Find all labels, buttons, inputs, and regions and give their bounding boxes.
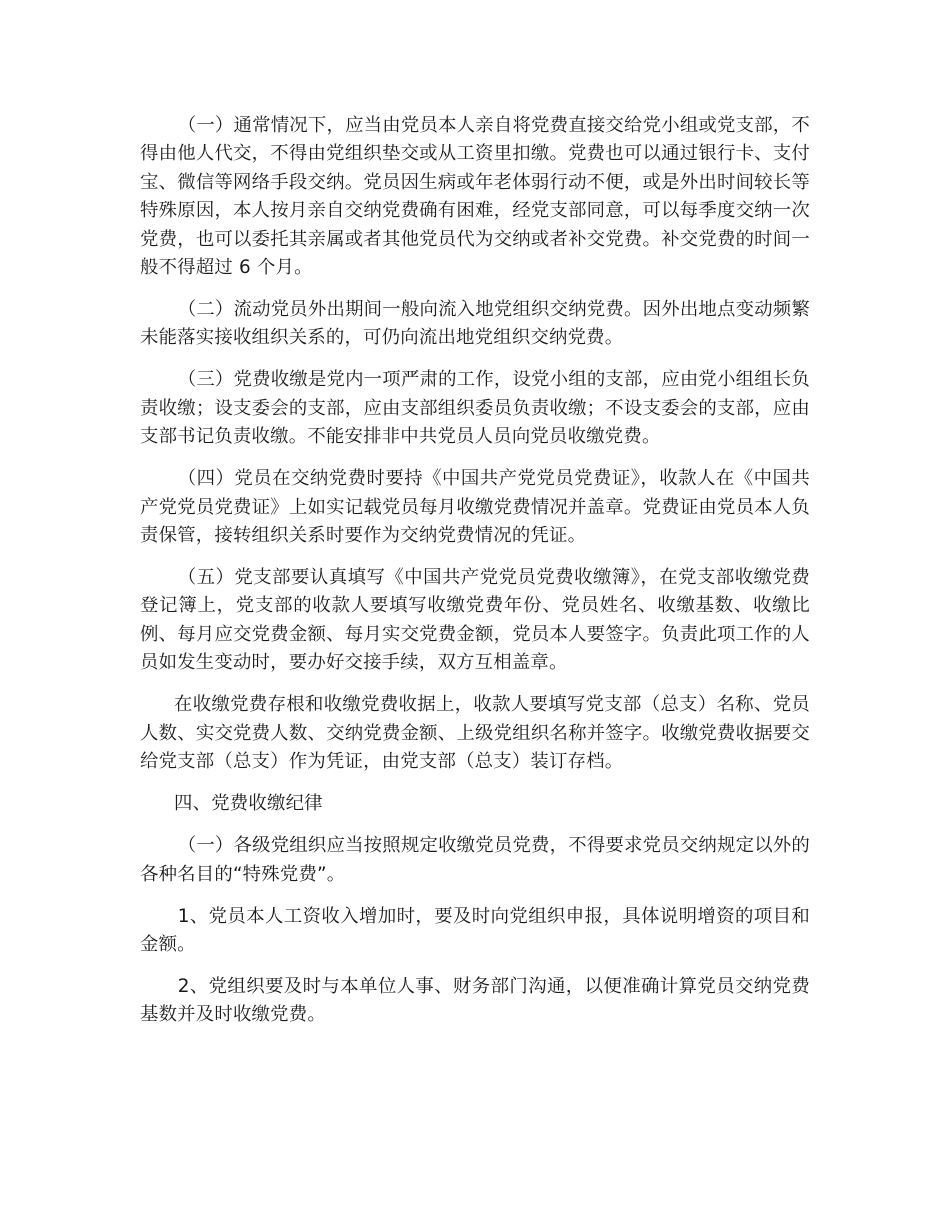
paragraph-mobile-members: （二）流动党员外出期间一般向流入地党组织交纳党费。因外出地点变动频繁未能落实接收… (140, 296, 810, 353)
paragraph-salary-increase-report: 1、党员本人工资收入增加时，要及时向党组织申报，具体说明增资的项目和金额。 (140, 903, 810, 960)
paragraph-payment-normal: （一）通常情况下，应当由党员本人亲自将党费直接交给党小组或党支部，不得由他人代交… (140, 112, 810, 282)
paragraph-department-communication: 2、党组织要及时与本单位人事、财务部门沟通，以便准确计算党员交纳党费基数并及时收… (140, 973, 810, 1030)
paragraph-collection-register: （五）党支部要认真填写《中国共产党党员党费收缴簿》，在党支部收缴党费登记簿上，党… (140, 564, 810, 678)
paragraph-collection-responsibility: （三）党费收缴是党内一项严肃的工作，设党小组的支部，应由党小组组长负责收缴；设支… (140, 366, 810, 451)
paragraph-no-special-fees: （一）各级党组织应当按照规定收缴党员党费，不得要求党员交纳规定以外的各种名目的“… (140, 832, 810, 889)
paragraph-receipt-stub: 在收缴党费存根和收缴党费收据上，收款人要填写党支部（总支）名称、党员人数、实交党… (140, 691, 810, 776)
paragraph-fee-certificate: （四）党员在交纳党费时要持《中国共产党党员党费证》，收款人在《中国共产党党员党费… (140, 465, 810, 550)
section-heading-discipline: 四、党费收缴纪律 (140, 790, 810, 818)
document-page: （一）通常情况下，应当由党员本人亲自将党费直接交给党小组或党支部，不得由他人代交… (140, 112, 810, 1043)
